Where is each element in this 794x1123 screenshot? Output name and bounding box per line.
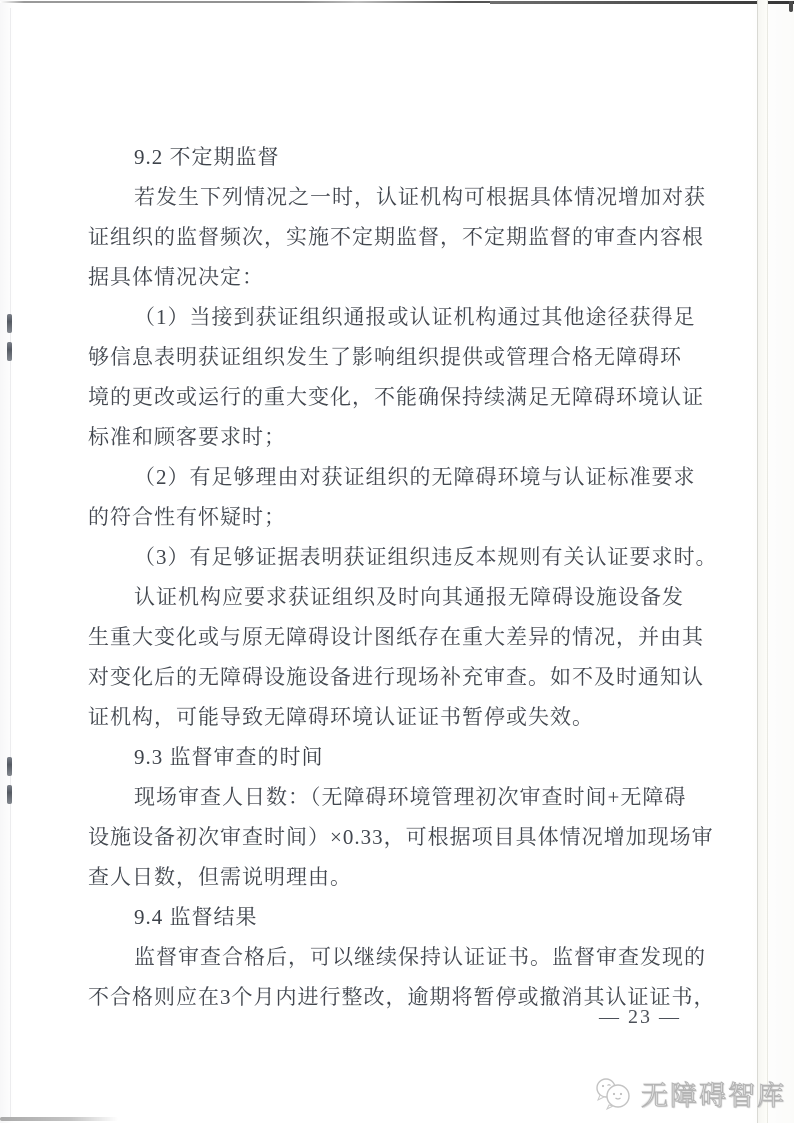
section-heading-9-4: 9.4 监督结果 xyxy=(88,897,710,937)
binder-mark xyxy=(7,785,12,804)
scan-right-edge-line xyxy=(757,0,768,1123)
text-line: 的符合性有怀疑时； xyxy=(88,497,710,537)
text-line: 认证机构应要求获证组织及时向其通报无障碍设施设备发 xyxy=(88,577,710,617)
chat-bubbles-logo-icon xyxy=(593,1077,633,1111)
scan-bottom-smudge xyxy=(0,1117,118,1121)
text-line: 若发生下列情况之一时，认证机构可根据具体情况增加对获 xyxy=(88,177,710,217)
text-line: 证组织的监督频次，实施不定期监督，不定期监督的审查内容根 xyxy=(88,217,710,257)
scan-left-edge-line xyxy=(10,8,11,1118)
document-body: 9.2 不定期监督 若发生下列情况之一时，认证机构可根据具体情况增加对获 证组织… xyxy=(88,137,710,1017)
page-number: — 23 — xyxy=(595,1006,685,1029)
text-line: 标准和顾客要求时； xyxy=(88,417,710,457)
scanned-document-page: 9.2 不定期监督 若发生下列情况之一时，认证机构可根据具体情况增加对获 证组织… xyxy=(0,0,794,1123)
binder-mark xyxy=(7,757,12,776)
binder-mark xyxy=(7,314,12,333)
text-line-item-3: （3）有足够证据表明获证组织违反本规则有关认证要求时。 xyxy=(88,537,710,577)
section-heading-9-3: 9.3 监督审查的时间 xyxy=(88,737,710,777)
watermark-label: 无障碍智库 xyxy=(641,1074,786,1113)
text-line-item-2: （2）有足够理由对获证组织的无障碍环境与认证标准要求 xyxy=(88,457,710,497)
text-line: 现场审查人日数：（无障碍环境管理初次审查时间+无障碍 xyxy=(88,777,710,817)
text-line-item-1: （1）当接到获证组织通报或认证机构通过其他途径获得足 xyxy=(88,297,710,337)
watermark: 无障碍智库 xyxy=(593,1074,786,1113)
text-line: 对变化后的无障碍设施设备进行现场补充审查。如不及时通知认 xyxy=(88,657,710,697)
text-line: 境的更改或运行的重大变化，不能确保持续满足无障碍环境认证 xyxy=(88,377,710,417)
scan-corner-mark xyxy=(789,1,793,12)
binder-mark xyxy=(7,342,12,361)
scan-top-border-thick xyxy=(490,1,794,4)
text-line: 据具体情况决定： xyxy=(88,257,710,297)
section-heading-9-2: 9.2 不定期监督 xyxy=(88,137,710,177)
text-line: 证机构，可能导致无障碍环境认证证书暂停或失效。 xyxy=(88,697,710,737)
text-line: 监督审查合格后，可以继续保持认证证书。监督审查发现的 xyxy=(88,937,710,977)
text-line: 生重大变化或与原无障碍设计图纸存在重大差异的情况，并由其 xyxy=(88,617,710,657)
text-line: 设施设备初次审查时间）×0.33，可根据项目具体情况增加现场审 xyxy=(88,817,710,857)
text-line: 够信息表明获证组织发生了影响组织提供或管理合格无障碍环 xyxy=(88,337,710,377)
text-line: 查人日数，但需说明理由。 xyxy=(88,857,710,897)
